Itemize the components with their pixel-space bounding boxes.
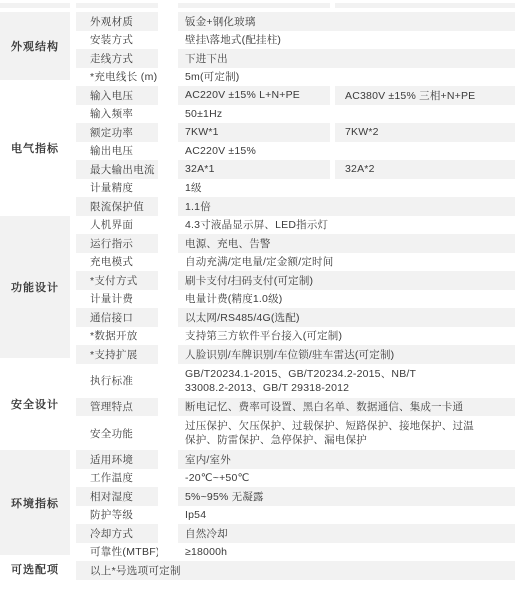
- category-cell: 环境指标: [0, 450, 70, 555]
- column-gap: [158, 469, 178, 488]
- category-label: 可选配项: [11, 561, 59, 577]
- param-cell: 管理特点: [76, 398, 158, 417]
- value-cells: 自然冷却: [178, 524, 515, 543]
- table-row: 以上*号选项可定制: [70, 561, 515, 580]
- value-cell: 刷卡支付/扫码支付(可定制): [178, 271, 515, 290]
- column-gap: [158, 216, 178, 235]
- merged-note-cell: 以上*号选项可定制: [76, 561, 515, 580]
- section: 功能设计人机界面4.3寸液晶显示屏、LED指示灯运行指示电源、充电、告警充电模式…: [0, 216, 515, 364]
- column-gap: [158, 12, 178, 31]
- value-cells: GB/T20234.1-2015、GB/T20234.2-2015、NB/T 3…: [178, 364, 515, 398]
- value-cells: 1级: [178, 179, 515, 198]
- table-row: 管理特点断电记忆、费率可设置、黑白名单、数据通信、集成一卡通: [70, 398, 515, 417]
- value-cell: 室内/室外: [178, 450, 515, 469]
- value-cell: 人脸识别/车牌识别/车位锁/驻车雷达(可定制): [178, 345, 515, 364]
- category-cell: 安全设计: [0, 364, 70, 445]
- table-row: 输出电压AC220V ±15%: [70, 142, 515, 161]
- value-cell: 5%~95% 无凝露: [178, 487, 515, 506]
- value-cells: 7KW*17KW*2: [178, 123, 515, 142]
- table-row: 人机界面4.3寸液晶显示屏、LED指示灯: [70, 216, 515, 235]
- param-cell: 输出电压: [76, 142, 158, 161]
- table-row: 执行标准GB/T20234.1-2015、GB/T20234.2-2015、NB…: [70, 364, 515, 398]
- table-row: 相对湿度5%~95% 无凝露: [70, 487, 515, 506]
- param-cell: 输入电压: [76, 86, 158, 105]
- column-gap: [158, 253, 178, 272]
- table-row: 安全功能过压保护、欠压保护、过载保护、短路保护、接地保护、过温 保护、防雷保护、…: [70, 416, 515, 450]
- column-gap: [158, 327, 178, 346]
- value-cells: -20℃~+50℃: [178, 469, 515, 488]
- value-cell: 32A*1: [178, 160, 330, 179]
- category-label: 电气指标: [11, 140, 59, 156]
- column-gap: [158, 142, 178, 161]
- table-row: 适用环境室内/室外: [70, 450, 515, 469]
- value-cell: AC220V ±15%: [178, 142, 515, 161]
- value-cells: 32A*132A*2: [178, 160, 515, 179]
- section: 安全设计执行标准GB/T20234.1-2015、GB/T20234.2-201…: [0, 364, 515, 451]
- table-row: 走线方式下进下出: [70, 49, 515, 68]
- value-cells: 5%~95% 无凝露: [178, 487, 515, 506]
- table-row: 计量精度1级: [70, 179, 515, 198]
- column-gap: [158, 506, 178, 525]
- value-cell: 5m(可定制): [178, 68, 515, 87]
- value-cells: 5m(可定制): [178, 68, 515, 87]
- section: 环境指标适用环境室内/室外工作温度-20℃~+50℃相对湿度5%~95% 无凝露…: [0, 450, 515, 561]
- param-cell: *充电线长 (m): [76, 68, 158, 87]
- table-row: *支持扩展人脸识别/车牌识别/车位锁/驻车雷达(可定制): [70, 345, 515, 364]
- value-cell-secondary: 7KW*2: [335, 123, 515, 142]
- section-rows: 外观材质钣金+钢化玻璃安装方式壁挂\落地式(配挂柱)走线方式下进下出*充电线长 …: [70, 12, 515, 86]
- param-cell: *数据开放: [76, 327, 158, 346]
- table-row: 外观材质钣金+钢化玻璃: [70, 12, 515, 31]
- value-cell: 自然冷却: [178, 524, 515, 543]
- table-row: 可靠性(MTBF)≥18000h: [70, 543, 515, 562]
- value-cells: 4.3寸液晶显示屏、LED指示灯: [178, 216, 515, 235]
- param-cell: *支付方式: [76, 271, 158, 290]
- column-gap: [158, 416, 178, 450]
- category-cell: 功能设计: [0, 216, 70, 358]
- table-row: 防护等级Ip54: [70, 506, 515, 525]
- param-cell: 执行标准: [76, 364, 158, 398]
- category-label: 外观结构: [11, 38, 59, 54]
- param-cell: 安全功能: [76, 416, 158, 450]
- value-cells: 下进下出: [178, 49, 515, 68]
- category-label: 环境指标: [11, 495, 59, 511]
- value-cells: 支持第三方软件平台接入(可定制): [178, 327, 515, 346]
- param-cell: 计量计费: [76, 290, 158, 309]
- param-cell: 计量精度: [76, 179, 158, 198]
- param-cell: 冷却方式: [76, 524, 158, 543]
- table-row: *充电线长 (m)5m(可定制): [70, 68, 515, 87]
- column-gap: [158, 31, 178, 50]
- column-gap: [158, 86, 178, 105]
- section: 外观结构外观材质钣金+钢化玻璃安装方式壁挂\落地式(配挂柱)走线方式下进下出*充…: [0, 12, 515, 86]
- table-row: 限流保护值1.1倍: [70, 197, 515, 216]
- table-row: 工作温度-20℃~+50℃: [70, 469, 515, 488]
- value-cell-secondary: AC380V ±15% 三相+N+PE: [335, 86, 515, 105]
- table-row: 输入频率50±1Hz: [70, 105, 515, 124]
- column-gap: [158, 49, 178, 68]
- param-cell: *支持扩展: [76, 345, 158, 364]
- table-row: 计量计费电量计费(精度1.0级): [70, 290, 515, 309]
- value-cell: 1.1倍: [178, 197, 515, 216]
- section-rows: 人机界面4.3寸液晶显示屏、LED指示灯运行指示电源、充电、告警充电模式自动充满…: [70, 216, 515, 364]
- value-cells: 50±1Hz: [178, 105, 515, 124]
- section-rows: 输入电压AC220V ±15% L+N+PEAC380V ±15% 三相+N+P…: [70, 86, 515, 216]
- value-cell: AC220V ±15% L+N+PE: [178, 86, 330, 105]
- category-cell: 可选配项: [0, 561, 70, 577]
- value-cells: 电源、充电、告警: [178, 234, 515, 253]
- value-cell: 钣金+钢化玻璃: [178, 12, 515, 31]
- section-rows: 适用环境室内/室外工作温度-20℃~+50℃相对湿度5%~95% 无凝露防护等级…: [70, 450, 515, 561]
- param-cell: 限流保护值: [76, 197, 158, 216]
- value-cells: 壁挂\落地式(配挂柱): [178, 31, 515, 50]
- value-cells: 1.1倍: [178, 197, 515, 216]
- value-cells: 钣金+钢化玻璃: [178, 12, 515, 31]
- value-cell: 下进下出: [178, 49, 515, 68]
- column-gap: [158, 290, 178, 309]
- value-cells: AC220V ±15% L+N+PEAC380V ±15% 三相+N+PE: [178, 86, 515, 105]
- category-cell: 外观结构: [0, 12, 70, 80]
- param-cell: 最大输出电流: [76, 160, 158, 179]
- column-gap: [158, 123, 178, 142]
- param-cell: 额定功率: [76, 123, 158, 142]
- header-strip-segment: [0, 3, 70, 8]
- param-cell: 通信接口: [76, 308, 158, 327]
- column-gap: [158, 364, 178, 398]
- table-row: 输入电压AC220V ±15% L+N+PEAC380V ±15% 三相+N+P…: [70, 86, 515, 105]
- value-cell: 1级: [178, 179, 515, 198]
- value-cells: 自动充满/定电量/定金额/定时间: [178, 253, 515, 272]
- value-cell-secondary: 32A*2: [335, 160, 515, 179]
- value-cells: 刷卡支付/扫码支付(可定制): [178, 271, 515, 290]
- column-gap: [158, 450, 178, 469]
- header-strip-segment: [178, 3, 330, 8]
- column-gap: [158, 271, 178, 290]
- section-rows: 执行标准GB/T20234.1-2015、GB/T20234.2-2015、NB…: [70, 364, 515, 451]
- value-cell: GB/T20234.1-2015、GB/T20234.2-2015、NB/T 3…: [178, 364, 515, 398]
- table-row: 最大输出电流32A*132A*2: [70, 160, 515, 179]
- value-cell: 电量计费(精度1.0级): [178, 290, 515, 309]
- category-label: 功能设计: [11, 279, 59, 295]
- column-gap: [158, 197, 178, 216]
- param-cell: 走线方式: [76, 49, 158, 68]
- param-cell: 相对湿度: [76, 487, 158, 506]
- value-cell: 7KW*1: [178, 123, 330, 142]
- spec-sheet-page: 外观结构外观材质钣金+钢化玻璃安装方式壁挂\落地式(配挂柱)走线方式下进下出*充…: [0, 0, 515, 591]
- value-cell: 自动充满/定电量/定金额/定时间: [178, 253, 515, 272]
- category-cell: 电气指标: [0, 86, 70, 210]
- value-cell: 过压保护、欠压保护、过载保护、短路保护、接地保护、过温 保护、防雷保护、急停保护…: [178, 416, 515, 450]
- value-cells: 电量计费(精度1.0级): [178, 290, 515, 309]
- column-gap: [158, 487, 178, 506]
- param-cell: 适用环境: [76, 450, 158, 469]
- value-cells: 人脸识别/车牌识别/车位锁/驻车雷达(可定制): [178, 345, 515, 364]
- column-gap: [158, 308, 178, 327]
- value-cell: Ip54: [178, 506, 515, 525]
- value-cells: 室内/室外: [178, 450, 515, 469]
- param-cell: 充电模式: [76, 253, 158, 272]
- value-cells: 断电记忆、费率可设置、黑白名单、数据通信、集成一卡通: [178, 398, 515, 417]
- column-gap: [158, 543, 178, 562]
- value-cell: 50±1Hz: [178, 105, 515, 124]
- table-row: 通信接口以太网/RS485/4G(选配): [70, 308, 515, 327]
- table-row: 运行指示电源、充电、告警: [70, 234, 515, 253]
- value-cell: 支持第三方软件平台接入(可定制): [178, 327, 515, 346]
- value-cells: Ip54: [178, 506, 515, 525]
- section-rows: 以上*号选项可定制: [70, 561, 515, 583]
- param-cell: 人机界面: [76, 216, 158, 235]
- section: 可选配项以上*号选项可定制: [0, 561, 515, 583]
- table-row: *数据开放支持第三方软件平台接入(可定制): [70, 327, 515, 346]
- param-cell: 输入频率: [76, 105, 158, 124]
- column-gap: [158, 68, 178, 87]
- column-gap: [158, 160, 178, 179]
- param-cell: 运行指示: [76, 234, 158, 253]
- header-strip-segment: [335, 3, 515, 8]
- column-gap: [158, 234, 178, 253]
- param-cell: 安装方式: [76, 31, 158, 50]
- param-cell: 可靠性(MTBF): [76, 543, 158, 562]
- value-cell: 壁挂\落地式(配挂柱): [178, 31, 515, 50]
- value-cells: ≥18000h: [178, 543, 515, 562]
- param-cell: 工作温度: [76, 469, 158, 488]
- category-label: 安全设计: [11, 396, 59, 412]
- column-gap: [158, 105, 178, 124]
- table-row: 额定功率7KW*17KW*2: [70, 123, 515, 142]
- table-row: 充电模式自动充满/定电量/定金额/定时间: [70, 253, 515, 272]
- column-gap: [158, 179, 178, 198]
- value-cells: 以太网/RS485/4G(选配): [178, 308, 515, 327]
- spec-table: 外观结构外观材质钣金+钢化玻璃安装方式壁挂\落地式(配挂柱)走线方式下进下出*充…: [0, 12, 515, 583]
- section: 电气指标输入电压AC220V ±15% L+N+PEAC380V ±15% 三相…: [0, 86, 515, 216]
- column-gap: [158, 345, 178, 364]
- value-cell: 断电记忆、费率可设置、黑白名单、数据通信、集成一卡通: [178, 398, 515, 417]
- param-cell: 防护等级: [76, 506, 158, 525]
- table-row: 安装方式壁挂\落地式(配挂柱): [70, 31, 515, 50]
- value-cell: -20℃~+50℃: [178, 469, 515, 488]
- value-cells: AC220V ±15%: [178, 142, 515, 161]
- value-cell: 电源、充电、告警: [178, 234, 515, 253]
- column-gap: [158, 398, 178, 417]
- value-cells: 过压保护、欠压保护、过载保护、短路保护、接地保护、过温 保护、防雷保护、急停保护…: [178, 416, 515, 450]
- param-cell: 外观材质: [76, 12, 158, 31]
- table-row: *支付方式刷卡支付/扫码支付(可定制): [70, 271, 515, 290]
- table-row: 冷却方式自然冷却: [70, 524, 515, 543]
- column-gap: [158, 524, 178, 543]
- value-cell: ≥18000h: [178, 543, 515, 562]
- header-strip-segment: [76, 3, 158, 8]
- value-cell: 4.3寸液晶显示屏、LED指示灯: [178, 216, 515, 235]
- value-cell: 以太网/RS485/4G(选配): [178, 308, 515, 327]
